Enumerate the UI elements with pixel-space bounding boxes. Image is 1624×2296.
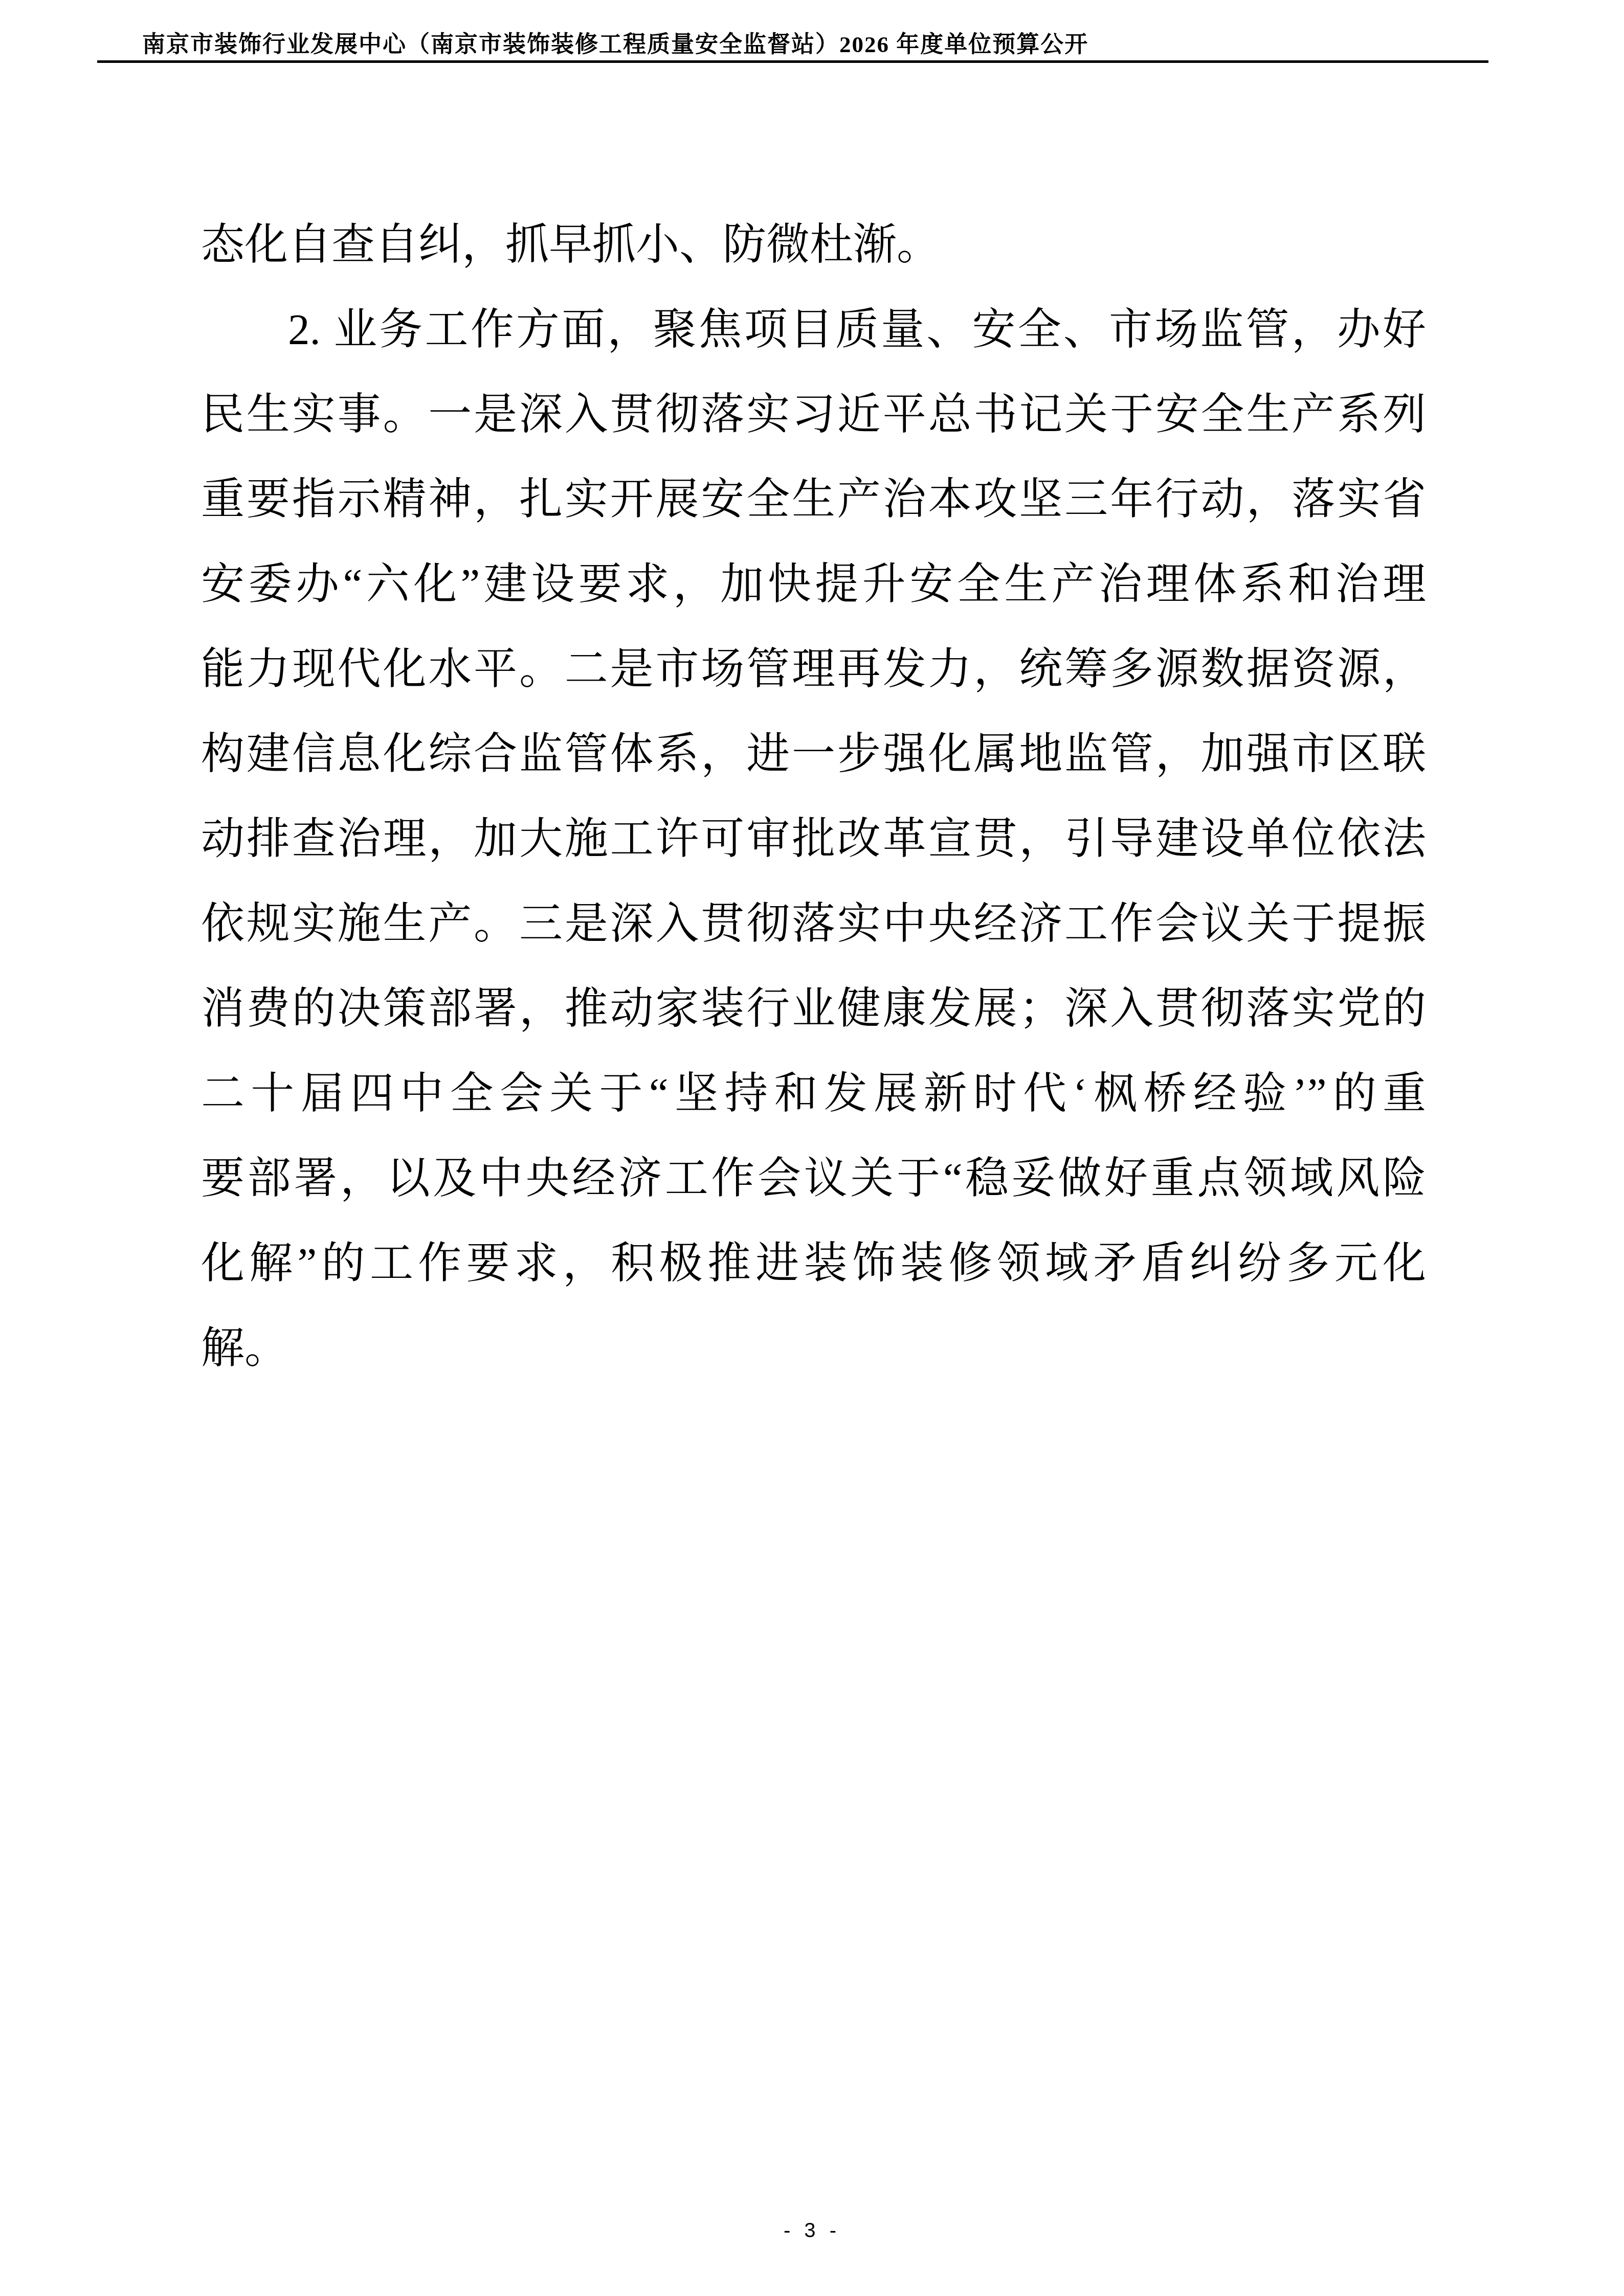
body-line: 要部署，以及中央经济工作会议关于“稳妥做好重点领域风险 bbox=[201, 1136, 1426, 1221]
body-text: 态化自查自纠，抓早抓小、防微杜渐。2. 业务工作方面，聚焦项目质量、安全、市场监… bbox=[201, 202, 1426, 1391]
document-page: 南京市装饰行业发展中心（南京市装饰装修工程质量安全监督站）2026 年度单位预算… bbox=[0, 0, 1624, 2296]
body-line: 能力现代化水平。二是市场管理再发力，统筹多源数据资源， bbox=[201, 627, 1426, 712]
body-line: 消费的决策部署，推动家装行业健康发展；深入贯彻落实党的 bbox=[201, 966, 1426, 1051]
body-line: 解。 bbox=[201, 1306, 1426, 1391]
page-header-title: 南京市装饰行业发展中心（南京市装饰装修工程质量安全监督站）2026 年度单位预算… bbox=[142, 26, 1088, 59]
body-line: 依规实施生产。三是深入贯彻落实中央经济工作会议关于提振 bbox=[201, 882, 1426, 966]
header-rule-divider bbox=[97, 60, 1488, 63]
body-line: 化解”的工作要求，积极推进装饰装修领域矛盾纠纷多元化 bbox=[201, 1221, 1426, 1306]
body-line: 2. 业务工作方面，聚焦项目质量、安全、市场监管，办好 bbox=[201, 287, 1426, 372]
body-line: 重要指示精神，扎实开展安全生产治本攻坚三年行动，落实省 bbox=[201, 457, 1426, 542]
body-line: 构建信息化综合监管体系，进一步强化属地监管，加强市区联 bbox=[201, 712, 1426, 797]
body-line: 动排查治理，加大施工许可审批改革宣贯，引导建设单位依法 bbox=[201, 797, 1426, 882]
page-number: - 3 - bbox=[0, 2219, 1624, 2242]
body-line: 安委办“六化”建设要求，加快提升安全生产治理体系和治理 bbox=[201, 542, 1426, 627]
body-line: 民生实事。一是深入贯彻落实习近平总书记关于安全生产系列 bbox=[201, 372, 1426, 457]
body-line: 二十届四中全会关于“坚持和发展新时代‘枫桥经验’”的重 bbox=[201, 1051, 1426, 1136]
body-line: 态化自查自纠，抓早抓小、防微杜渐。 bbox=[201, 202, 1426, 287]
